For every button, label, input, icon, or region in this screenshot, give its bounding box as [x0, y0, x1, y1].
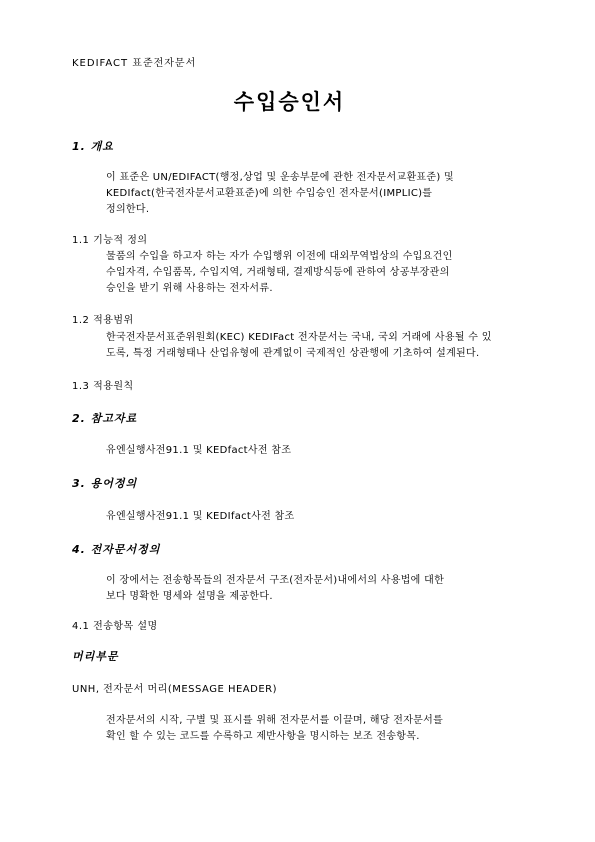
section-4-heading: 4. 전자문서정의 [72, 543, 533, 557]
document-title: 수입승인서 [0, 90, 587, 114]
section-1-1-heading: 1.1 기능적 정의 [72, 234, 533, 248]
paragraph-line: 전자문서의 시작, 구별 및 표시를 위해 전자문서를 이끌며, 해당 전자문서… [106, 713, 533, 729]
section-2-heading: 2. 참고자료 [72, 412, 533, 426]
unh-segment-line: UNH, 전자문서 머리(MESSAGE HEADER) [72, 683, 533, 697]
paragraph-line: 물품의 수입을 하고자 하는 자가 수입행위 이전에 대외무역법상의 수입요건인 [106, 249, 533, 265]
reference-line: 유엔실행사전91.1 및 KEDfact사전 참조 [106, 443, 533, 459]
paragraph-line: 정의한다. [106, 202, 533, 218]
paragraph-line: 도록, 특정 거래형태나 산업유형에 관계없이 국제적인 상관행에 기초하여 설… [106, 346, 533, 362]
section-4-paragraph: 이 장에서는 전송항목들의 전자문서 구조(전자문서)내에서의 사용법에 대한 … [72, 573, 533, 605]
reference-line: 유엔실행사전91.1 및 KEDIfact사전 참조 [106, 509, 533, 525]
paragraph-line: 수입자격, 수입품목, 수입지역, 거래형태, 결제방식등에 관하여 상공부장관… [106, 265, 533, 281]
paragraph-line: 확인 할 수 있는 코드를 수록하고 제반사항을 명시하는 보조 전송항목. [106, 729, 533, 745]
section-1-2-heading: 1.2 적용범위 [72, 314, 533, 328]
paragraph-line: 승인을 받기 위해 사용하는 전자서류. [106, 281, 533, 297]
unh-description-paragraph: 전자문서의 시작, 구별 및 표시를 위해 전자문서를 이끌며, 해당 전자문서… [72, 713, 533, 745]
header-part-heading: 머리부문 [72, 650, 533, 664]
document-type-label: KEDIFACT 표준전자문서 [72, 58, 533, 70]
section-2-reference: 유엔실행사전91.1 및 KEDfact사전 참조 [72, 443, 533, 459]
section-1-heading: 1. 개요 [72, 140, 533, 154]
section-3-heading: 3. 용어정의 [72, 477, 533, 491]
paragraph-line: 보다 명확한 명세와 설명을 제공한다. [106, 589, 533, 605]
section-1-3-heading: 1.3 적용원칙 [72, 380, 533, 394]
section-1-paragraph: 이 표준은 UN/EDIFACT(행정,상업 및 운송부문에 관한 전자문서교환… [72, 170, 533, 218]
section-3-reference: 유엔실행사전91.1 및 KEDIfact사전 참조 [72, 509, 533, 525]
paragraph-line: 이 장에서는 전송항목들의 전자문서 구조(전자문서)내에서의 사용법에 대한 [106, 573, 533, 589]
paragraph-line: KEDIfact(한국전자문서교환표준)에 의한 수입승인 전자문서(IMPLI… [106, 186, 533, 202]
paragraph-line: 이 표준은 UN/EDIFACT(행정,상업 및 운송부문에 관한 전자문서교환… [106, 170, 533, 186]
section-1-2-paragraph: 한국전자문서표준위원회(KEC) KEDIFact 전자문서는 국내, 국외 거… [72, 330, 533, 362]
section-4-1-heading: 4.1 전송항목 설명 [72, 620, 533, 634]
section-1-1-paragraph: 물품의 수입을 하고자 하는 자가 수입행위 이전에 대외무역법상의 수입요건인… [72, 249, 533, 297]
paragraph-line: 한국전자문서표준위원회(KEC) KEDIFact 전자문서는 국내, 국외 거… [106, 330, 533, 346]
document-page: KEDIFACT 표준전자문서 수입승인서 1. 개요 이 표준은 UN/EDI… [0, 0, 595, 842]
